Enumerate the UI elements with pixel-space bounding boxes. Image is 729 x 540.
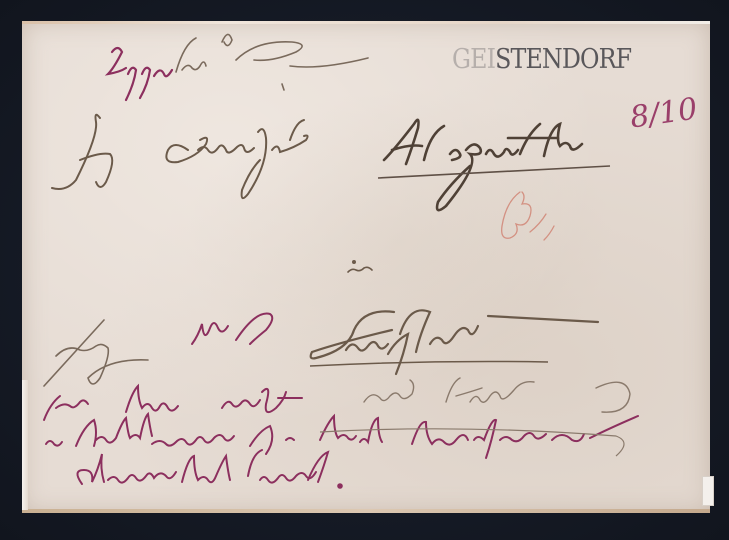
violet-nisr — [192, 314, 272, 344]
violet-note-line-3 — [77, 450, 341, 488]
handwriting-layer — [0, 0, 729, 540]
violet-note-line-1 — [44, 386, 302, 420]
amt-hagen-strokes — [364, 378, 630, 412]
red-crayon-marking — [502, 192, 554, 240]
recipient-underline — [378, 166, 610, 178]
violet-note-line-2 — [46, 414, 638, 458]
destination-underline — [310, 362, 548, 367]
franking-frey — [44, 320, 148, 386]
word-in — [348, 261, 372, 272]
recipient-name-strokes — [384, 120, 582, 210]
violet-header-line — [108, 48, 172, 100]
sepia-organist-line — [52, 115, 308, 198]
strikethrough-line — [320, 429, 624, 456]
sepia-header-line — [176, 34, 368, 90]
